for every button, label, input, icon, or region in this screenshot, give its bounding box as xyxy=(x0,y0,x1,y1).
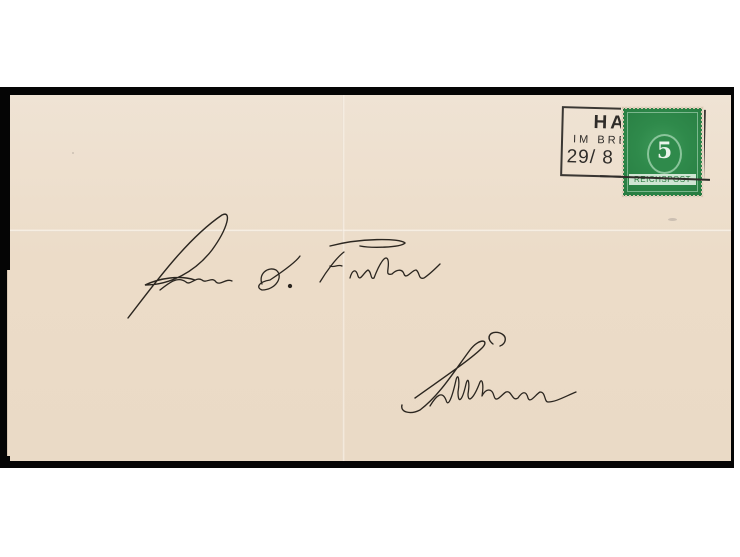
ink-spot xyxy=(668,218,677,221)
stamp-value: 5 xyxy=(649,138,680,164)
postage-stamp: 5 REICHSPOST xyxy=(623,108,702,196)
paper-spot xyxy=(72,152,74,154)
vertical-fold-line xyxy=(342,95,345,461)
horizontal-fold-line xyxy=(10,229,731,232)
stamp-value-oval: 5 xyxy=(647,134,682,174)
